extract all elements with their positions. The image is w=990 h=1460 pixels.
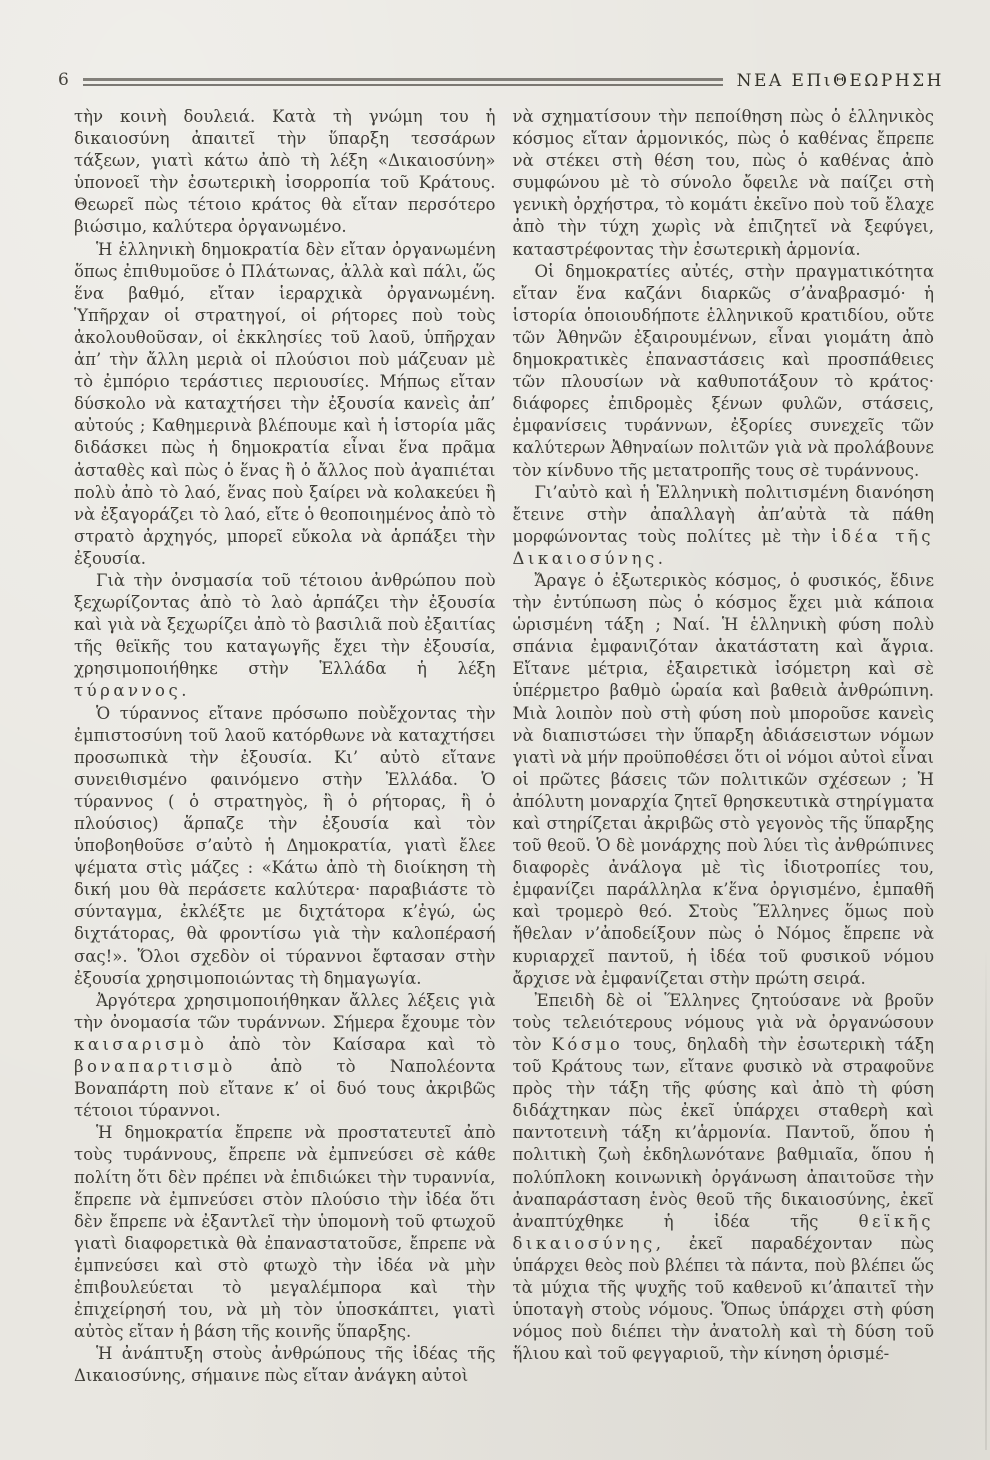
text-run: Οἱ δημοκρατίες αὐτές, στὴν πραγματικότητ… (513, 262, 935, 480)
paragraph: Γι’αὐτὸ καὶ ἡ Ἑλληνικὴ πολιτισμένη διανό… (513, 482, 935, 570)
text-run: . (181, 681, 186, 700)
text-run: Ἡ ἀνάπτυξη στοὺς ἀνθρώπους τῆς ἰδέας τῆς… (74, 1344, 496, 1385)
paragraph: Ἡ ἑλληνικὴ δημοκρατία δὲν εἴταν ὀργανωμέ… (74, 239, 496, 570)
article-body: τὴν κοινὴ δουλειά. Κατὰ τὴ γνώμη του ἡ δ… (74, 106, 934, 1387)
text-run: . (658, 549, 663, 568)
page-number: 6 (58, 72, 69, 91)
text-run: τους, δηλαδὴ τὴν ἐσωτερικὴ τάξη τοῦ Κράτ… (513, 1035, 935, 1231)
paragraph: νὰ σχηματίσουν τὴν πεποίθηση πὼς ὁ ἑλλην… (513, 106, 935, 261)
text-run: Ἡ δημοκρατία ἔπρεπε νὰ προστατευτεῖ ἀπὸ … (74, 1123, 496, 1341)
left-column: τὴν κοινὴ δουλειά. Κατὰ τὴ γνώμη του ἡ δ… (74, 106, 496, 1387)
header-double-rule (83, 78, 723, 86)
paragraph: Ἡ ἀνάπτυξη στοὺς ἀνθρώπους τῆς ἰδέας τῆς… (74, 1343, 496, 1387)
paragraph: Ἄραγε ὁ ἐξωτερικὸς κόσμος, ὁ φυσικός, ἔδ… (513, 570, 935, 990)
text-run: , ἐκεῖ παραδέχονταν πὼς ὑπάρχει θεὸς ποὺ… (513, 1234, 935, 1363)
page-header: 6 ΝΕΑ ΕΠιΘΕΩΡΗΣΗ (58, 72, 944, 91)
text-run: Γιὰ τὴν ὀνσμασία τοῦ τέτοιου ἀνθρώπου πο… (74, 571, 496, 678)
paragraph: τὴν κοινὴ δουλειά. Κατὰ τὴ γνώμη του ἡ δ… (74, 106, 496, 239)
scan-edge-artifact (985, 950, 987, 1450)
text-run: Ἄραγε ὁ ἐξωτερικὸς κόσμος, ὁ φυσικός, ἔδ… (513, 571, 935, 988)
letterspaced-term: Κόσμο (552, 1035, 624, 1054)
text-run: Ὁ τύραννος εἴτανε πρόσωπο ποὺἔχοντας τὴν… (74, 704, 496, 988)
masthead-title: ΝΕΑ ΕΠιΘΕΩΡΗΣΗ (737, 73, 944, 90)
letterspaced-term: καισαρισμὸ (74, 1035, 207, 1054)
paragraph: Ἡ δημοκρατία ἔπρεπε νὰ προστατευτεῖ ἀπὸ … (74, 1122, 496, 1343)
right-column: νὰ σχηματίσουν τὴν πεποίθηση πὼς ὁ ἑλλην… (513, 106, 935, 1387)
letterspaced-term: τύραννος (74, 681, 181, 700)
text-run: Ἀργότερα χρησιμοποιήθηκαν ἄλλες λέξεις γ… (74, 991, 496, 1032)
text-run: νὰ σχηματίσουν τὴν πεποίθηση πὼς ὁ ἑλλην… (513, 107, 935, 259)
text-run: Ἡ ἑλληνικὴ δημοκρατία δὲν εἴταν ὀργανωμέ… (74, 240, 496, 568)
paragraph: Ὁ τύραννος εἴτανε πρόσωπο ποὺἔχοντας τὴν… (74, 703, 496, 990)
paragraph: Ἀργότερα χρησιμοποιήθηκαν ἄλλες λέξεις γ… (74, 990, 496, 1123)
paragraph: Γιὰ τὴν ὀνσμασία τοῦ τέτοιου ἀνθρώπου πο… (74, 570, 496, 703)
paragraph: Ἐπειδὴ δὲ οἱ Ἕλληνες ζητούσανε νὰ βροῦν … (513, 990, 935, 1366)
letterspaced-term: βοναπαρτισμὸ (74, 1057, 236, 1076)
paragraph: Οἱ δημοκρατίες αὐτές, στὴν πραγματικότητ… (513, 261, 935, 482)
text-run: ἀπὸ τὸν Καίσαρα καὶ τὸ (207, 1035, 495, 1054)
magazine-page: 6 ΝΕΑ ΕΠιΘΕΩΡΗΣΗ τὴν κοινὴ δουλειά. Κατὰ… (0, 0, 990, 1460)
text-run: τὴν κοινὴ δουλειά. Κατὰ τὴ γνώμη του ἡ δ… (74, 107, 496, 236)
